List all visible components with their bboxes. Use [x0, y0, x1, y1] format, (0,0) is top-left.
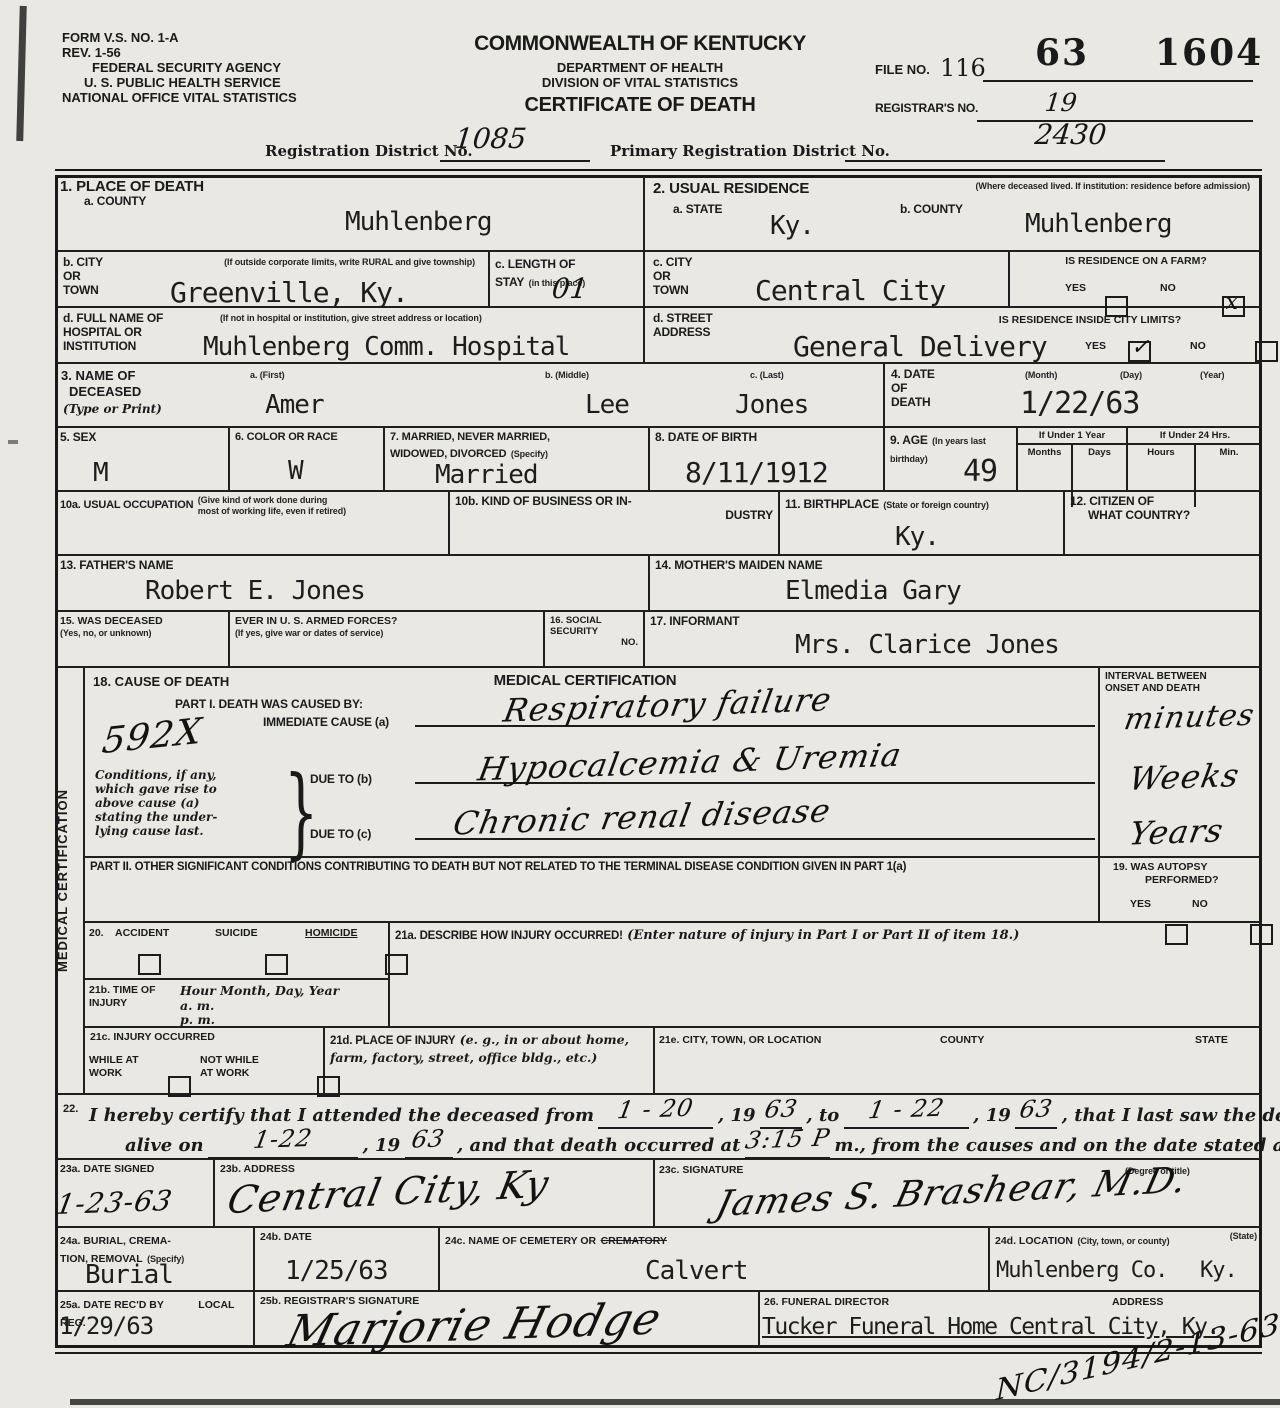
burial-date-value: 1/25/63 [285, 1256, 388, 1286]
funeral-director-value: Tucker Funeral Home Central City, Ky. [762, 1314, 1219, 1340]
place-of-death-title: 1. PLACE OF DEATH [60, 178, 638, 195]
cert-value-to-year: 63 [1015, 1099, 1057, 1129]
marital-note: (Specify) [511, 449, 548, 459]
funeral-director-label: 26. FUNERAL DIRECTOR [764, 1296, 889, 1309]
cause-of-death-title: 18. CAUSE OF DEATH [93, 674, 229, 689]
cert-seg-6: alive on [125, 1135, 204, 1156]
first-name-value: Amer [265, 390, 324, 420]
residence-county-label: b. COUNTY [900, 203, 963, 217]
cert-seg-3: , to [806, 1105, 839, 1126]
dob-label: 8. DATE OF BIRTH [655, 431, 878, 445]
marital-value: Married [435, 460, 538, 490]
file-no-stamp-1604: 1604 [1155, 32, 1263, 74]
deceased-title3: (Type or Print) [63, 402, 162, 416]
conditions-note: Conditions, if any, which gave rise to a… [95, 768, 265, 838]
deceased-title2: DECEASED [69, 384, 141, 399]
field-was-deceased: 15. WAS DECEASED (Yes, no, or unknown) [55, 612, 230, 668]
limits-question: IS RESIDENCE INSIDE CITY LIMITS? [930, 314, 1250, 327]
marital-label-1: 7. MARRIED, NEVER MARRIED, [390, 431, 643, 444]
field-date-of-death: 4. DATE OF DEATH (Month) (Day) (Year) 1/… [885, 364, 1262, 428]
interval-c-value: Years [1126, 811, 1226, 852]
file-no-typed: 116 [940, 54, 986, 82]
cemetery-label: 24c. NAME OF CEMETERY OR [445, 1235, 596, 1247]
double-rule-top [55, 169, 1262, 171]
suicide-label: SUICIDE [215, 927, 258, 940]
form-revision: REV. 1-56 [62, 45, 412, 60]
cert-line-2: alive on 1-22 , 19 63 , and that death o… [125, 1129, 1280, 1159]
limits-no-label: NO [1190, 340, 1206, 353]
scan-artifact-left2 [8, 440, 18, 444]
header-form-info: FORM V.S. NO. 1-A REV. 1-56 FEDERAL SECU… [62, 30, 412, 105]
field-informant: 17. INFORMANT Mrs. Clarice Jones [645, 612, 1262, 668]
not-while-at-work-label: NOT WHILE AT WORK [200, 1054, 259, 1079]
medical-cert-vertical-label: MEDICAL CERTIFICATION [55, 668, 83, 1093]
ssn-label-2: NO. [550, 637, 638, 648]
division-title: DIVISION OF VITAL STATISTICS [420, 75, 860, 90]
autopsy-label-1: 19. WAS AUTOPSY [1113, 861, 1257, 874]
field-time-of-injury: 21b. TIME OF INJURY Hour Month, Day, Yea… [85, 980, 390, 1028]
district-line: Registration District No. 1085 Primary R… [55, 120, 1262, 170]
commonwealth-title: COMMONWEALTH OF KENTUCKY [420, 32, 860, 56]
burial-date-label: 24b. DATE [260, 1231, 433, 1244]
accident-label: ACCIDENT [115, 927, 169, 940]
color-race-label: 6. COLOR OR RACE [235, 431, 378, 444]
field-occupation: 10a. USUAL OCCUPATION (Give kind of work… [55, 492, 450, 556]
agency-line3: NATIONAL OFFICE VITAL STATISTICS [62, 90, 412, 105]
field-birthplace: 11. BIRTHPLACE (State or foreign country… [780, 492, 1065, 556]
reg-district-value: 1085 [453, 122, 528, 155]
interval-b-value: Weeks [1126, 756, 1242, 798]
sex-label: 5. SEX [60, 431, 223, 445]
sex-value: M [93, 458, 108, 488]
time-injury-note2: a. m. [180, 998, 214, 1013]
armed-forces-label: EVER IN U. S. ARMED FORCES? [235, 615, 538, 628]
cert-seg-2: , 19 [718, 1105, 756, 1126]
time-injury-label: 21b. TIME OF INJURY [89, 984, 156, 1009]
last-name-value: Jones [735, 390, 808, 420]
signature-label: 23c. SIGNATURE [659, 1164, 743, 1177]
file-no-underline [983, 80, 1253, 82]
autopsy-no-label: NO [1192, 898, 1208, 911]
stay-value: 01 [550, 272, 589, 305]
date-received-value: 1/29/63 [59, 1312, 153, 1340]
injury-occurred-label: 21c. INJURY OCCURRED [90, 1031, 318, 1044]
field-certification-statement: 22. I hereby certify that I attended the… [55, 1095, 1262, 1160]
date-signed-label: 23a. DATE SIGNED [60, 1163, 208, 1176]
field-business-industry: 10b. KIND OF BUSINESS OR IN- DUSTRY [450, 492, 780, 556]
field-physician-address: 23b. ADDRESS Central City, Ky [215, 1160, 655, 1228]
field-describe-injury: 21a. DESCRIBE HOW INJURY OCCURRED! (Ente… [390, 923, 1262, 1028]
cert-value-alive-year: 63 [405, 1129, 453, 1159]
field-marital-status: 7. MARRIED, NEVER MARRIED, WIDOWED, DIVO… [385, 428, 650, 492]
field-residence-farm: IS RESIDENCE ON A FARM? YES NO x [1010, 252, 1262, 308]
time-injury-note1: Hour Month, Day, Year [180, 983, 339, 998]
scan-artifact-left [16, 6, 27, 141]
birthplace-label: 11. BIRTHPLACE [785, 497, 879, 511]
color-race-value: W [288, 456, 303, 486]
field-father-name: 13. FATHER'S NAME Robert E. Jones [55, 556, 650, 612]
injury-described-label: 21a. DESCRIBE HOW INJURY OCCURRED! [395, 930, 623, 942]
field-part2: PART II. OTHER SIGNIFICANT CONDITIONS CO… [85, 858, 1100, 923]
registrars-no-value: 19 [1043, 88, 1078, 117]
physician-signature-value: James S. Brashear, M.D. [712, 1160, 1191, 1225]
dod-day-label: (Day) [1120, 370, 1142, 381]
death-certificate-page: FORM V.S. NO. 1-A REV. 1-56 FEDERAL SECU… [0, 0, 1280, 1408]
field-burial-type: 24a. BURIAL, CREMA- TION, REMOVAL (Speci… [55, 1228, 255, 1292]
informant-label: 17. INFORMANT [650, 615, 1257, 629]
limits-yes-checkbox: ✓ [1128, 341, 1151, 362]
q20-number: 20. [89, 927, 104, 940]
was-deceased-label: 15. WAS DECEASED [60, 615, 223, 628]
time-injury-note3: p. m. [180, 1012, 215, 1027]
informant-value: Mrs. Clarice Jones [795, 630, 1059, 660]
industry-label-2: DUSTRY [455, 509, 773, 523]
cert-value-from-date: 1 - 20 [598, 1099, 713, 1129]
scan-artifact-bottom [70, 1399, 1280, 1405]
under1yr-header: If Under 1 Year [1018, 428, 1126, 445]
while-at-work-checkbox [168, 1076, 191, 1097]
birthplace-note: (State or foreign country) [883, 500, 988, 510]
field-mother-name: 14. MOTHER'S MAIDEN NAME Elmedia Gary [650, 556, 1262, 612]
industry-label-1: 10b. KIND OF BUSINESS OR IN- [455, 495, 773, 509]
cause-b-value: Hypocalcemia & Uremia [475, 736, 905, 789]
department-title: DEPARTMENT OF HEALTH [420, 60, 860, 75]
accident-checkbox [138, 954, 161, 975]
field-burial-location: 24d. LOCATION (City, town, or county) (S… [990, 1228, 1262, 1292]
street-label: d. STREET ADDRESS [653, 312, 713, 340]
hospital-label: d. FULL NAME OF HOSPITAL OR INSTITUTION [63, 312, 163, 353]
was-deceased-note: (Yes, no, or unknown) [60, 628, 223, 639]
limits-yes-label: YES [1085, 340, 1106, 353]
middle-name-value: Lee [585, 390, 629, 420]
injury-described-note: (Enter nature of injury in Part I or Par… [627, 928, 1019, 943]
cert-value-time: 3:15 P [745, 1129, 830, 1159]
residence-state-value: Ky. [770, 211, 814, 241]
field-registrar-signature: 25b. REGISTRAR'S SIGNATURE Marjorie Hodg… [255, 1292, 760, 1348]
funeral-director-address-label: ADDRESS [1112, 1296, 1163, 1309]
date-of-death-label: 4. DATE OF DEATH [891, 368, 935, 409]
last-name-label: c. (Last) [750, 370, 784, 381]
field-accident-suicide-homicide: 20. ACCIDENT SUICIDE HOMICIDE [85, 923, 390, 980]
burial-location-note1: (City, town, or county) [1077, 1236, 1169, 1246]
farm-yes-label: YES [1065, 282, 1086, 295]
occupation-note: (Give kind of work done during most of w… [198, 495, 348, 518]
cert-value-alive-date: 1-22 [208, 1129, 358, 1159]
cert-seg-5: , that I last saw the deceased [1062, 1105, 1280, 1126]
field-name-of-deceased: 3. NAME OF DECEASED (Type or Print) a. (… [55, 364, 885, 428]
injury-county-label: COUNTY [940, 1034, 984, 1047]
field-age: 9. AGE (In years last birthday) 49 [885, 428, 1018, 492]
date-signed-value: 1-23-63 [54, 1184, 176, 1221]
city-value: Greenville, Ky. [170, 276, 408, 309]
residence-state-label: a. STATE [673, 203, 722, 217]
residence-city-value: Central City [755, 274, 945, 307]
cert-value-to-date: 1 - 22 [844, 1099, 969, 1129]
cert-seg-4: , 19 [973, 1105, 1011, 1126]
citizen-label-1: 12. CITIZEN OF [1070, 495, 1257, 509]
field-usual-residence: 2. USUAL RESIDENCE (Where deceased lived… [645, 175, 1262, 252]
field-ssn: 16. SOCIAL SECURITY NO. [545, 612, 645, 668]
field-cause-of-death: 18. CAUSE OF DEATH MEDICAL CERTIFICATION… [85, 668, 1100, 858]
primary-district-value: 2430 [1033, 118, 1108, 151]
mother-value: Elmedia Gary [785, 576, 961, 606]
place-injury-label: 21d. PLACE OF INJURY [330, 1035, 455, 1047]
form-number: FORM V.S. NO. 1-A [62, 30, 412, 45]
residence-county-value: Muhlenberg [1025, 209, 1172, 239]
field-cemetery-name: 24c. NAME OF CEMETERY OR CREMATORY Calve… [440, 1228, 990, 1292]
due-to-b-label: DUE TO (b) [310, 773, 372, 787]
deceased-title1: 3. NAME OF [61, 368, 135, 383]
cert-number: 22. [63, 1103, 78, 1115]
marital-label-2: WIDOWED, DIVORCED [390, 448, 506, 460]
agency-line1: FEDERAL SECURITY AGENCY [92, 60, 412, 75]
middle-name-label: b. (Middle) [545, 370, 589, 381]
cemetery-label-struck: CREMATORY [601, 1235, 667, 1247]
cert-seg-7: , 19 [363, 1135, 401, 1156]
hospital-note: (If not in hospital or institution, give… [220, 313, 640, 324]
field-residence-city: c. CITY OR TOWN Central City [645, 252, 1010, 308]
date-received-label-1: 25a. DATE REC'D BY [60, 1299, 164, 1311]
armed-forces-note: (If yes, give war or dates of service) [235, 628, 538, 639]
city-label: b. CITY OR TOWN [63, 256, 103, 297]
field-date-received: 25a. DATE REC'D BY LOCAL REG. 1/29/63 [55, 1292, 255, 1348]
father-label: 13. FATHER'S NAME [60, 559, 643, 573]
file-no-stamp-63: 63 [1035, 32, 1089, 74]
cause-code-handwritten: 592X [100, 711, 204, 762]
interval-a-value: minutes [1121, 698, 1257, 737]
field-autopsy: 19. WAS AUTOPSY PERFORMED? YES NO [1100, 858, 1262, 923]
field-burial-date: 24b. DATE 1/25/63 [255, 1228, 440, 1292]
field-interval: INTERVAL BETWEEN ONSET AND DEATH minutes… [1100, 668, 1262, 858]
field-injury-occurred: 21c. INJURY OCCURRED WHILE AT WORK NOT W… [85, 1028, 325, 1095]
medical-cert-sidebar: MEDICAL CERTIFICATION [55, 668, 85, 1095]
birthplace-value: Ky. [895, 522, 939, 552]
dod-month-label: (Month) [1025, 370, 1057, 381]
field-injury-location: 21e. CITY, TOWN, OR LOCATION COUNTY STAT… [655, 1028, 1262, 1095]
field-date-signed: 23a. DATE SIGNED 1-23-63 [55, 1160, 215, 1228]
primary-district-label: Primary Registration District No. [610, 142, 890, 160]
injury-state-label: STATE [1195, 1034, 1228, 1047]
header-title-block: COMMONWEALTH OF KENTUCKY DEPARTMENT OF H… [420, 32, 860, 117]
ssn-label-1: 16. SOCIAL SECURITY [550, 615, 638, 637]
cause-c-value: Chronic renal disease [450, 791, 834, 842]
field-place-of-injury: 21d. PLACE OF INJURY (e. g., in or about… [325, 1028, 655, 1095]
under24-header: If Under 24 Hrs. [1128, 428, 1262, 445]
interval-header: INTERVAL BETWEEN ONSET AND DEATH [1105, 671, 1257, 695]
cert-seg-9: m., from the causes and on the date stat… [834, 1135, 1280, 1156]
field-place-of-death: 1. PLACE OF DEATH a. COUNTY Muhlenberg [55, 175, 645, 252]
immediate-cause-label: IMMEDIATE CAUSE (a) [263, 716, 389, 730]
primary-district-underline [845, 160, 1165, 162]
field-sex: 5. SEX M [55, 428, 230, 492]
field-under-1-year: If Under 1 Year Months Days [1018, 428, 1128, 492]
field-under-24-hrs: If Under 24 Hrs. Hours Min. [1128, 428, 1262, 492]
citizen-label-2: WHAT COUNTRY? [1088, 509, 1257, 523]
field-street-address: d. STREET ADDRESS IS RESIDENCE INSIDE CI… [645, 308, 1262, 364]
residence-city-label: c. CITY OR TOWN [653, 256, 692, 297]
cert-line-1: I hereby certify that I attended the dec… [89, 1099, 1280, 1129]
city-note: (If outside corporate limits, write RURA… [175, 257, 475, 268]
first-name-label: a. (First) [250, 370, 285, 381]
farm-no-label: NO [1160, 282, 1176, 295]
certificate-title: CERTIFICATE OF DEATH [420, 94, 860, 117]
burial-location-state: Ky. [1200, 1258, 1237, 1283]
autopsy-label-2: PERFORMED? [1145, 874, 1257, 887]
injury-city-label: 21e. CITY, TOWN, OR LOCATION [659, 1034, 821, 1047]
hospital-value: Muhlenberg Comm. Hospital [203, 332, 569, 362]
autopsy-yes-label: YES [1130, 898, 1151, 911]
father-value: Robert E. Jones [145, 576, 365, 606]
agency-line2: U. S. PUBLIC HEALTH SERVICE [84, 75, 412, 90]
field-armed-forces: EVER IN U. S. ARMED FORCES? (If yes, giv… [230, 612, 545, 668]
street-value: General Delivery [793, 330, 1047, 363]
field-hospital: d. FULL NAME OF HOSPITAL OR INSTITUTION … [55, 308, 645, 364]
burial-location-county: Muhlenberg Co. [996, 1258, 1167, 1283]
burial-location-label: 24d. LOCATION [995, 1235, 1073, 1247]
farm-question: IS RESIDENCE ON A FARM? [1015, 255, 1257, 268]
part1-label: PART I. DEATH WAS CAUSED BY: [175, 698, 363, 712]
age-value: 49 [963, 454, 997, 489]
usual-residence-title: 2. USUAL RESIDENCE [653, 180, 809, 197]
suicide-checkbox [265, 954, 288, 975]
due-to-c-label: DUE TO (c) [310, 828, 371, 842]
dob-value: 8/11/1912 [685, 456, 828, 489]
while-at-work-label: WHILE AT WORK [89, 1054, 139, 1079]
field-date-of-birth: 8. DATE OF BIRTH 8/11/1912 [650, 428, 885, 492]
cert-seg-1: I hereby certify that I attended the dec… [89, 1105, 594, 1126]
burial-location-note2: (State) [1230, 1231, 1257, 1242]
part2-text: PART II. OTHER SIGNIFICANT CONDITIONS CO… [90, 861, 1093, 874]
cert-seg-8: , and that death occurred at [457, 1135, 740, 1156]
occupation-label: 10a. USUAL OCCUPATION [60, 499, 193, 511]
field-length-of-stay: c. LENGTH OF STAY (in this place) 01 [490, 252, 645, 308]
field-city-or-town: b. CITY OR TOWN (If outside corporate li… [55, 252, 490, 308]
mother-label: 14. MOTHER'S MAIDEN NAME [655, 559, 1257, 573]
burial-value: Burial [85, 1260, 173, 1290]
cemetery-value: Calvert [645, 1256, 748, 1286]
reg-district-underline [440, 160, 590, 162]
place-county-value: Muhlenberg [345, 207, 492, 237]
limits-no-checkbox [1255, 341, 1278, 362]
registrars-no-label: REGISTRAR'S NO. [875, 102, 978, 116]
field-color-race: 6. COLOR OR RACE W [230, 428, 385, 492]
date-of-death-value: 1/22/63 [1020, 386, 1139, 421]
field-physician-signature: 23c. SIGNATURE (Degree or title) James S… [655, 1160, 1262, 1228]
reg-district-label: Registration District No. [265, 142, 473, 160]
usual-residence-note: (Where deceased lived. If institution: r… [900, 181, 1250, 192]
homicide-label: HOMICIDE [305, 927, 358, 940]
file-no-label: FILE NO. [875, 62, 930, 77]
dod-year-label: (Year) [1200, 370, 1224, 381]
age-label: 9. AGE [890, 433, 928, 447]
field-citizen: 12. CITIZEN OF WHAT COUNTRY? [1065, 492, 1262, 556]
limits-yes-mark: ✓ [1131, 335, 1149, 360]
